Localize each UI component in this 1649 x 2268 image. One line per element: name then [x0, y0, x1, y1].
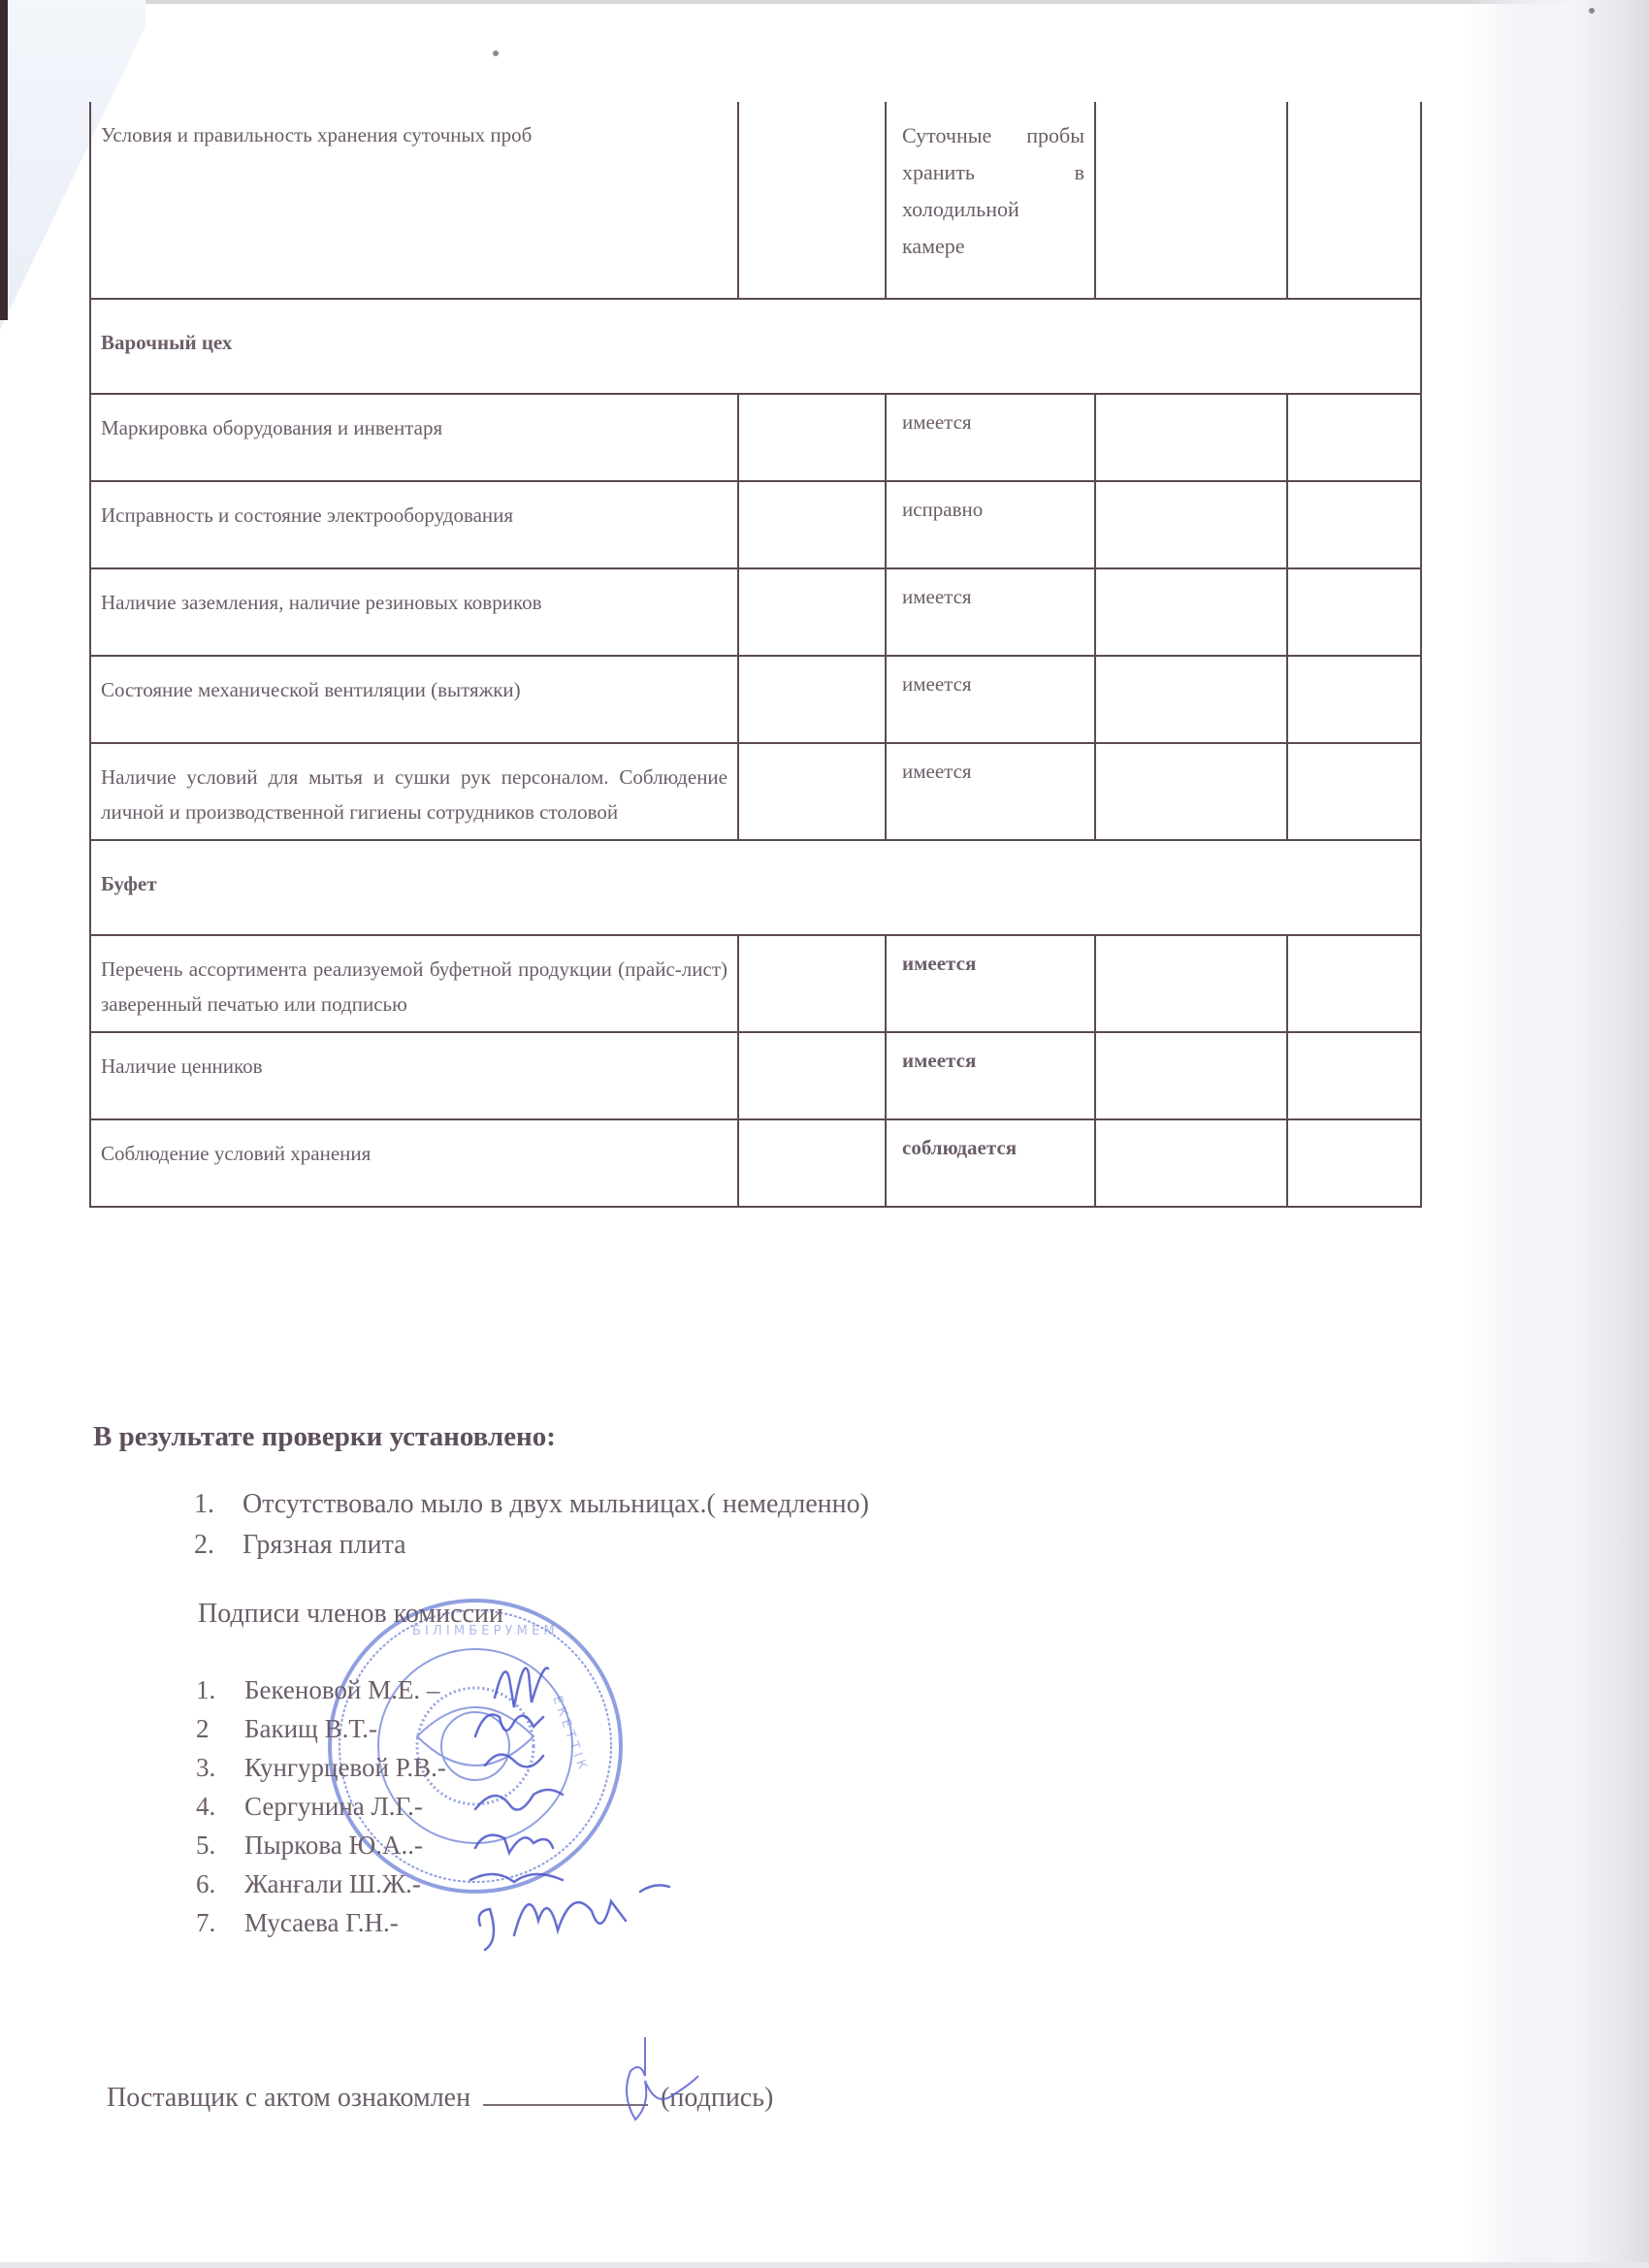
criterion-cell: Состояние механической вентиляции (вытяж…: [90, 656, 738, 743]
empty-cell: [738, 656, 886, 743]
member-name: Бекеновой М.Е. –: [244, 1675, 439, 1704]
member-number: 1.: [196, 1670, 244, 1709]
member-number: 5.: [196, 1826, 244, 1864]
member-item: 3.Кунгурцевой Р.В.-: [196, 1748, 446, 1787]
criterion-cell: Условия и правильность хранения суточных…: [90, 102, 738, 299]
finding-text: Отсутствовало мыло в двух мыльницах.( не…: [242, 1489, 869, 1519]
finding-item: 2.Грязная плита: [194, 1525, 869, 1566]
inspection-table-body: Условия и правильность хранения суточных…: [90, 102, 1421, 1207]
table-row: Условия и правильность хранения суточных…: [90, 102, 1421, 299]
empty-cell: [1287, 481, 1421, 568]
result-cell: имеется: [886, 568, 1095, 656]
empty-cell: [1095, 1032, 1287, 1119]
table-row: Соблюдение условий хранениясоблюдается: [90, 1119, 1421, 1207]
table-row: Исправность и состояние электрооборудова…: [90, 481, 1421, 568]
member-name: Пыркова Ю.А..-: [244, 1831, 423, 1860]
empty-cell: [1287, 102, 1421, 299]
result-cell: имеется: [886, 935, 1095, 1032]
empty-cell: [738, 1032, 886, 1119]
table-row: Перечень ассортимента реализуемой буфетн…: [90, 935, 1421, 1032]
member-number: 4.: [196, 1787, 244, 1826]
member-item: 5.Пыркова Ю.А..-: [196, 1826, 446, 1864]
scan-speck: [493, 50, 499, 56]
result-cell: исправно: [886, 481, 1095, 568]
commission-signatures-title: Подписи членов комиссии: [198, 1599, 503, 1630]
criterion-cell: Исправность и состояние электрооборудова…: [90, 481, 738, 568]
empty-cell: [1095, 568, 1287, 656]
scan-right-edge: [1465, 0, 1649, 2268]
inspection-table: Условия и правильность хранения суточных…: [89, 102, 1422, 1208]
scan-left-edge: [0, 0, 8, 320]
member-item: 4.Сергунина Л.Г.-: [196, 1787, 446, 1826]
member-name: Кунгурцевой Р.В.-: [244, 1753, 446, 1782]
section-heading: Буфет: [90, 840, 1421, 935]
member-number: 7.: [196, 1903, 244, 1942]
findings-list: 1.Отсутствовало мыло в двух мыльницах.( …: [194, 1484, 869, 1566]
empty-cell: [1095, 656, 1287, 743]
member-name: Мусаева Г.Н.-: [244, 1908, 399, 1937]
section-row: Буфет: [90, 840, 1421, 935]
result-cell: Суточные пробы хранить в холодильной кам…: [886, 102, 1095, 299]
table-row: Наличие условий для мытья и сушки рук пе…: [90, 743, 1421, 840]
member-number: 2: [196, 1709, 244, 1748]
empty-cell: [738, 568, 886, 656]
scan-top-edge: [0, 0, 1649, 4]
empty-cell: [738, 102, 886, 299]
empty-cell: [1287, 1032, 1421, 1119]
empty-cell: [1095, 102, 1287, 299]
criterion-cell: Наличие условий для мытья и сушки рук пе…: [90, 743, 738, 840]
member-item: 1.Бекеновой М.Е. –: [196, 1670, 446, 1709]
finding-text: Грязная плита: [242, 1530, 406, 1560]
empty-cell: [738, 394, 886, 481]
finding-number: 2.: [194, 1525, 242, 1566]
result-cell: имеется: [886, 743, 1095, 840]
member-item: 7.Мусаева Г.Н.-: [196, 1903, 446, 1942]
result-cell: имеется: [886, 656, 1095, 743]
scan-bottom-edge: [0, 2262, 1649, 2268]
supplier-signature-icon: [601, 2037, 737, 2124]
result-cell: имеется: [886, 1032, 1095, 1119]
empty-cell: [1095, 1119, 1287, 1207]
empty-cell: [738, 743, 886, 840]
empty-cell: [1095, 394, 1287, 481]
empty-cell: [738, 481, 886, 568]
empty-cell: [738, 935, 886, 1032]
criterion-cell: Соблюдение условий хранения: [90, 1119, 738, 1207]
member-item: 2Бакищ В.Т.-: [196, 1709, 446, 1748]
member-name: Жанғали Ш.Ж.-: [244, 1869, 421, 1898]
member-name: Бакищ В.Т.-: [244, 1714, 377, 1743]
scan-speck: [1589, 8, 1595, 14]
empty-cell: [1287, 656, 1421, 743]
member-name: Сергунина Л.Г.-: [244, 1792, 423, 1821]
handwritten-signatures-icon: [456, 1649, 747, 1960]
criterion-cell: Перечень ассортимента реализуемой буфетн…: [90, 935, 738, 1032]
empty-cell: [1095, 935, 1287, 1032]
empty-cell: [1095, 743, 1287, 840]
table-row: Наличие заземления, наличие резиновых ко…: [90, 568, 1421, 656]
commission-members-list: 1.Бекеновой М.Е. – 2Бакищ В.Т.- 3.Кунгур…: [196, 1670, 446, 1942]
criterion-cell: Наличие ценников: [90, 1032, 738, 1119]
finding-item: 1.Отсутствовало мыло в двух мыльницах.( …: [194, 1484, 869, 1525]
section-heading: Варочный цех: [90, 299, 1421, 394]
criterion-cell: Маркировка оборудования и инвентаря: [90, 394, 738, 481]
empty-cell: [1287, 743, 1421, 840]
empty-cell: [1287, 1119, 1421, 1207]
result-cell: имеется: [886, 394, 1095, 481]
empty-cell: [1287, 394, 1421, 481]
table-row: Маркировка оборудования и инвентаряимеет…: [90, 394, 1421, 481]
result-cell: соблюдается: [886, 1119, 1095, 1207]
finding-number: 1.: [194, 1484, 242, 1525]
empty-cell: [738, 1119, 886, 1207]
section-row: Варочный цех: [90, 299, 1421, 394]
member-number: 6.: [196, 1864, 244, 1903]
empty-cell: [1287, 568, 1421, 656]
empty-cell: [1095, 481, 1287, 568]
member-number: 3.: [196, 1748, 244, 1787]
member-item: 6.Жанғали Ш.Ж.-: [196, 1864, 446, 1903]
criterion-cell: Наличие заземления, наличие резиновых ко…: [90, 568, 738, 656]
table-row: Состояние механической вентиляции (вытяж…: [90, 656, 1421, 743]
empty-cell: [1287, 935, 1421, 1032]
supplier-label: Поставщик с актом ознакомлен: [107, 2083, 470, 2113]
table-row: Наличие ценниковимеется: [90, 1032, 1421, 1119]
findings-title: В результате проверки установлено:: [93, 1421, 556, 1453]
